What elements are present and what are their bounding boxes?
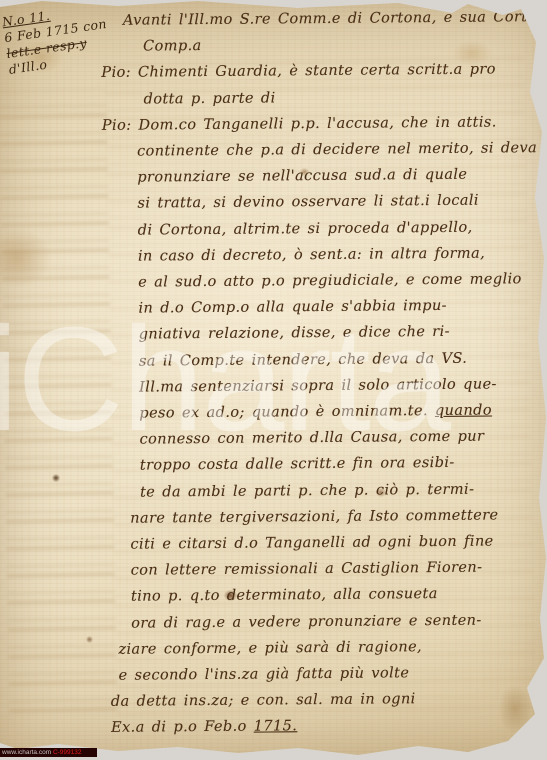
text-line: Ill.ma sentenziarsi sopra il solo artico… [139,371,540,401]
manuscript-paper: N.o 11. 6 Feb 1715 con lett.e resp.y d'I… [0,0,547,760]
stain [0,228,52,288]
text-line: Pio: Chimenti Guardia, è stante certa sc… [101,57,537,87]
text-line: continente che p.a di decidere nel merit… [137,135,538,165]
text-line: in caso di decreto, ò sent.a: in altra f… [138,240,539,270]
text-line: Pio: Dom.co Tanganelli p.p. l'accusa, ch… [102,109,538,139]
text-line: Avanti l'Ill.mo S.re Comm.e di Cortona, … [123,4,537,34]
ink-spot [52,474,60,482]
text-line: gniativa relazione, disse, e dice che ri… [139,319,540,349]
text-line: Comp.a [143,30,537,60]
watermark-url: www.icharta.com [2,749,51,756]
watermark-code: C-999132 [53,749,82,756]
text-line: troppo costa dalle scritt.e fin ora esib… [140,450,541,480]
manuscript-text: Avanti l'Ill.mo S.re Comm.e di Cortona, … [101,4,543,741]
text-line: e secondo l'ins.za già fatta più volte [119,659,543,689]
text-line: te da ambi le parti p. che p. ciò p. ter… [140,476,541,506]
text-line: di Cortona, altrim.te si proceda d'appel… [138,214,539,244]
text-line: sa il Comp.te intendere, che deva da VS. [139,345,540,375]
text-line: ziare conforme, e più sarà di ragione, [118,633,542,663]
text-line: citi e citarsi d.o Tanganelli ad ogni bu… [130,528,541,558]
text-line: da detta ins.za; e con. sal. ma in ogni [111,685,543,715]
text-line: ora di rag.e a vedere pronunziare e sent… [131,607,542,637]
text-line: pronunziare se nell'accusa sud.a di qual… [137,161,538,191]
text-line-dateline: Ex.a di p.o Feb.o 1715. [111,712,543,742]
verso-bleedthrough-left [0,89,117,721]
manuscript-photo: N.o 11. 6 Feb 1715 con lett.e resp.y d'I… [0,0,547,760]
watermark-url-bar: www.icharta.com C-999132 [0,748,97,757]
text-line: e al sud.o atto p.o pregiudiciale, e com… [138,266,539,296]
ink-spot [86,636,93,643]
text-line: tino p. q.to determinato, alla consueta [131,581,542,611]
text-line: in d.o Comp.o alla quale s'abbia impu- [138,292,539,322]
text-line: peso ex ad.o; quando è omninam.te. quand… [139,397,540,427]
text-line: con lettere remissionali a Castiglion Fi… [131,554,542,584]
text-line: connesso con merito d.lla Causa, come pu… [139,423,540,453]
text-line: nare tante tergiversazioni, fa Isto comm… [130,502,541,532]
text-line: dotta p. parte di [143,83,537,113]
text-line: si tratta, si devino osservare li stat.i… [137,188,538,218]
